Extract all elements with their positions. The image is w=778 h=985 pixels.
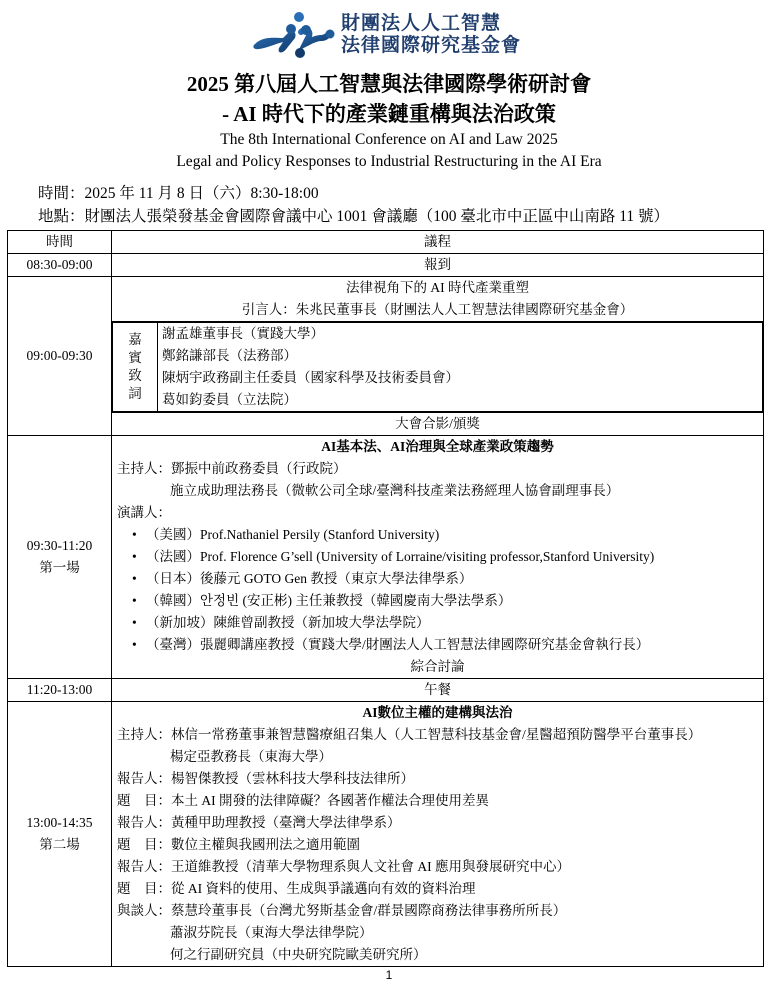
logo-text-line2: 法律國際研究基金會 xyxy=(341,34,521,56)
session2-title: AI數位主權的建構與法治 xyxy=(112,702,763,724)
session1-moderator-1: 主持人：鄧振中前政務委員（行政院） xyxy=(112,458,763,480)
session1-discussion: 綜合討論 xyxy=(112,656,763,678)
session2-moderator-2: 楊定亞教務長（東海大學） xyxy=(112,746,763,768)
list-item: 謝孟雄董事長（實踐大學） xyxy=(162,323,762,345)
opening-time: 09:00-09:30 xyxy=(8,277,112,436)
session2-panelist-3: 何之行副研究員（中央研究院歐美研究所） xyxy=(112,944,763,966)
guest-list: 謝孟雄董事長（實踐大學） 鄭銘謙部長（法務部） 陳炳宇政務副主任委員（國家科學及… xyxy=(158,323,763,412)
session2-report-item: 報告人：王道維教授（清華大學物理系與人文社會 AI 應用與發展研究中心） xyxy=(112,856,763,878)
guest-speech-cell: 嘉 賓 致 詞 謝孟雄董事長（實踐大學） 鄭銘謙部長（法務部） 陳炳宇政務副主任… xyxy=(112,322,764,413)
header-time: 時間 xyxy=(8,231,112,254)
session2-report-item: 報告人：黃種甲助理教授（臺灣大學法律學系） xyxy=(112,812,763,834)
table-row-opening-title: 09:00-09:30 法律視角下的 AI 時代產業重塑 引言人：朱兆民董事長（… xyxy=(8,277,764,322)
opening-intro: 引言人：朱兆民董事長（財團法人人工智慧法律國際研究基金會） xyxy=(112,299,763,321)
opening-title: 法律視角下的 AI 時代產業重塑 xyxy=(112,277,763,299)
list-item: 鄭銘謙部長（法務部） xyxy=(162,345,762,367)
bullet-icon: • xyxy=(132,568,146,590)
session1-moderator-2: 施立成助理法務長（微軟公司全球/臺灣科技產業法務經理人協會副理事長） xyxy=(112,480,763,502)
session2-report-item: 題 目：數位主權與我國刑法之適用範圍 xyxy=(112,834,763,856)
table-row-opening-guests: 嘉 賓 致 詞 謝孟雄董事長（實踐大學） 鄭銘謙部長（法務部） 陳炳宇政務副主任… xyxy=(8,322,764,413)
session2-report-item: 題 目：從 AI 資料的使用、生成與爭議邁向有效的資料治理 xyxy=(112,878,763,900)
list-item: •（法國）Prof. Florence G’sell (University o… xyxy=(112,546,763,568)
session2-time-cell: 13:00-14:35 第二場 xyxy=(8,702,112,967)
header-agenda: 議程 xyxy=(112,231,764,254)
session2-content: AI數位主權的建構與法治 主持人：林信一常務董事兼智慧醫療組召集人（人工智慧科技… xyxy=(112,702,764,967)
guest-speech-label: 嘉 賓 致 詞 xyxy=(113,323,158,412)
session2-moderator-1: 主持人：林信一常務董事兼智慧醫療組召集人（人工智慧科技基金會/星醫超預防醫學平台… xyxy=(112,724,763,746)
registration-label: 報到 xyxy=(112,254,764,277)
opening-title-cell: 法律視角下的 AI 時代產業重塑 引言人：朱兆民董事長（財團法人人工智慧法律國際… xyxy=(112,277,764,322)
list-item: •（韓國）안정빈 (安正彬) 主任兼教授（韓國慶南大學法學系） xyxy=(112,590,763,612)
list-item: •（美國）Prof.Nathaniel Persily (Stanford Un… xyxy=(112,524,763,546)
session2-panelist-1: 與談人：蔡慧玲董事長（台灣尤努斯基金會/群景國際商務法律事務所所長） xyxy=(112,900,763,922)
table-row-session2: 13:00-14:35 第二場 AI數位主權的建構與法治 主持人：林信一常務董事… xyxy=(8,702,764,967)
list-item: •（日本）後藤元 GOTO Gen 教授（東京大學法律學系） xyxy=(112,568,763,590)
event-venue: 地點：財團法人張榮發基金會國際會議中心 1001 會議廳（100 臺北市中正區中… xyxy=(38,207,669,227)
list-item: •（臺灣）張麗卿講座教授（實踐大學/財團法人人工智慧法律國際研究基金會執行長） xyxy=(112,634,763,656)
session1-title: AI基本法、AI治理與全球產業政策趨勢 xyxy=(112,436,763,458)
logo-mark-icon xyxy=(253,8,335,60)
page-subtitle-en: Legal and Policy Responses to Industrial… xyxy=(0,152,778,172)
session2-panelist-2: 蕭淑芬院長（東海大學法律學院） xyxy=(112,922,763,944)
session1-time: 09:30-11:20 xyxy=(8,535,111,557)
table-row-lunch: 11:20-13:00 午餐 xyxy=(8,679,764,702)
table-row-registration: 08:30-09:00 報到 xyxy=(8,254,764,277)
table-row-session1: 09:30-11:20 第一場 AI基本法、AI治理與全球產業政策趨勢 主持人：… xyxy=(8,436,764,679)
table-header-row: 時間 議程 xyxy=(8,231,764,254)
session2-time: 13:00-14:35 xyxy=(8,812,111,834)
lunch-time: 11:20-13:00 xyxy=(8,679,112,702)
page-title-en: The 8th International Conference on AI a… xyxy=(0,130,778,150)
list-item: 陳炳宇政務副主任委員（國家科學及技術委員會） xyxy=(162,367,762,389)
foundation-logo: 財團法人人工智慧 法律國際研究基金會 xyxy=(253,8,521,60)
session2-report-item: 題 目：本土 AI 開發的法律障礙？各國著作權法合理使用差異 xyxy=(112,790,763,812)
bullet-icon: • xyxy=(132,590,146,612)
page-title-zh: 2025 第八屆人工智慧與法律國際學術研討會 xyxy=(0,70,778,98)
event-time: 時間：2025 年 11 月 8 日（六）8:30-18:00 xyxy=(38,184,319,204)
session1-name: 第一場 xyxy=(8,557,111,579)
bullet-icon: • xyxy=(132,612,146,634)
logo-text-line1: 財團法人人工智慧 xyxy=(341,12,521,34)
list-item: •（新加坡）陳維曾副教授（新加坡大學法學院） xyxy=(112,612,763,634)
list-item: 葛如鈞委員（立法院） xyxy=(162,389,762,411)
agenda-table: 時間 議程 08:30-09:00 報到 09:00-09:30 法律視角下的 … xyxy=(7,230,764,967)
session1-time-cell: 09:30-11:20 第一場 xyxy=(8,436,112,679)
session2-report-item: 報告人：楊智傑教授（雲林科技大學科技法律所） xyxy=(112,768,763,790)
bullet-icon: • xyxy=(132,524,146,546)
bullet-icon: • xyxy=(132,546,146,568)
page-subtitle-zh: - AI 時代下的產業鏈重構與法治政策 xyxy=(0,100,778,128)
table-row-opening-photo: 大會合影/頒獎 xyxy=(8,413,764,436)
session1-content: AI基本法、AI治理與全球產業政策趨勢 主持人：鄧振中前政務委員（行政院） 施立… xyxy=(112,436,764,679)
page-number: 1 xyxy=(0,968,778,982)
lunch-label: 午餐 xyxy=(112,679,764,702)
registration-time: 08:30-09:00 xyxy=(8,254,112,277)
session1-speakers-label: 演講人： xyxy=(112,502,763,524)
session2-name: 第二場 xyxy=(8,834,111,856)
group-photo-label: 大會合影/頒獎 xyxy=(112,413,764,436)
bullet-icon: • xyxy=(132,634,146,656)
